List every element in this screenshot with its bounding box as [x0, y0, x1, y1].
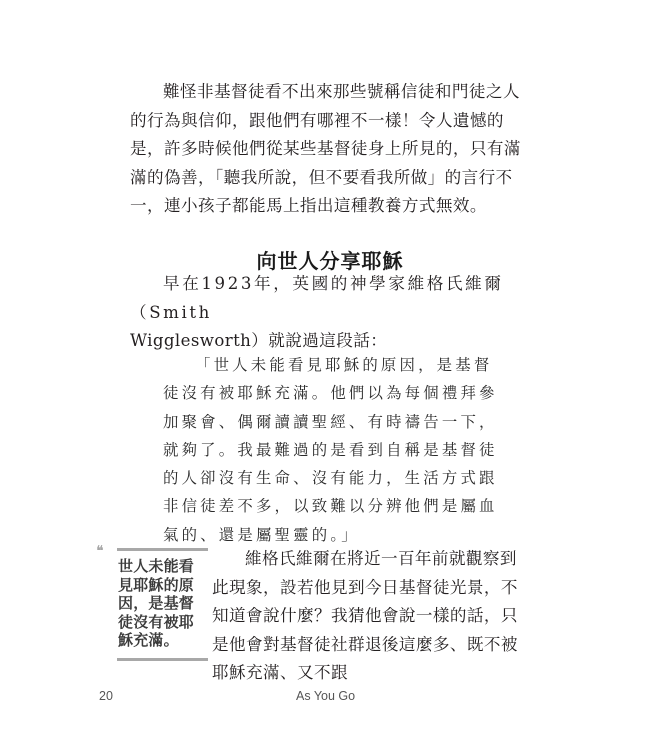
pull-quote-bottom-rule	[117, 658, 208, 661]
pull-quote: ❛❛ 世人未能看見耶穌的原因，是基督徒沒有被耶穌充滿。	[100, 548, 208, 661]
paragraph-text: 維格氏維爾在將近一百年前就觀察到此現象，設若他見到今日基督徒光景，不知道會說什麼…	[212, 549, 518, 682]
block-quote-text: 「世人未能看見耶穌的原因，是基督徒沒有被耶穌充滿。他們以為每個禮拜參加聚會、偶爾…	[163, 356, 498, 544]
page-number: 20	[99, 689, 113, 703]
running-title: As You Go	[296, 689, 355, 703]
body-paragraph-1: 難怪非基督徒看不出來那些號稱信徒和門徒之人的行為與信仰，跟他們有哪裡不一樣！令人…	[130, 78, 530, 221]
paragraph-text: 難怪非基督徒看不出來那些號稱信徒和門徒之人的行為與信仰，跟他們有哪裡不一樣！令人…	[130, 82, 521, 215]
paragraph-line: 早在1923年，英國的神學家維格氏維爾（Smith	[130, 274, 504, 322]
pull-quote-top-rule	[117, 548, 208, 551]
paragraph-line: Wigglesworth）就說過這段話：	[130, 331, 387, 350]
block-quote: 「世人未能看見耶穌的原因，是基督徒沒有被耶穌充滿。他們以為每個禮拜參加聚會、偶爾…	[163, 351, 503, 549]
body-paragraph-2: 早在1923年，英國的神學家維格氏維爾（SmithWigglesworth）就說…	[130, 270, 530, 356]
pull-quote-text: 世人未能看見耶穌的原因，是基督徒沒有被耶穌充滿。	[118, 557, 208, 650]
quotation-marks-icon: ❛❛	[96, 542, 102, 560]
body-paragraph-3: 維格氏維爾在將近一百年前就觀察到此現象，設若他見到今日基督徒光景，不知道會說什麼…	[212, 545, 532, 688]
